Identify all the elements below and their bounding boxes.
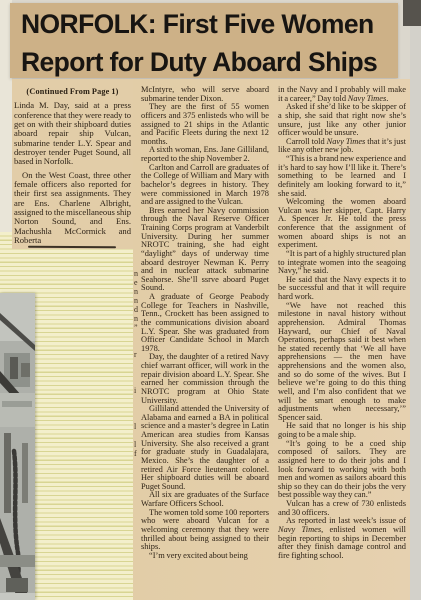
article-paragraph: “It’s going to be a coed ship composed o…	[278, 440, 406, 500]
continued-from-note: (Continued From Page 1)	[14, 87, 131, 96]
article-paragraph: “It is part of a highly structured plan …	[278, 250, 406, 276]
article-column-2: McIntyre, who will serve aboard submarin…	[141, 86, 269, 594]
article-paragraph: All six are graduates of the Surface War…	[141, 491, 269, 508]
article-paragraph: A graduate of George Peabody College for…	[141, 293, 269, 353]
scan-corner-shadow	[403, 0, 421, 26]
article-paragraph: “I’m very excited about being	[141, 552, 269, 561]
article-paragraph: A sixth woman, Ens. Jane Gilliland, repo…	[141, 146, 269, 163]
article-paragraph: McIntyre, who will serve aboard submarin…	[141, 86, 269, 103]
headline-line-1: NORFOLK: First Five Women	[10, 3, 398, 41]
article-paragraph: He said that no longer is his ship going…	[278, 422, 406, 439]
column-1-paragraphs: Linda M. Day, said at a press conference…	[14, 101, 131, 245]
article-paragraph: “We have not reached this milestone in n…	[278, 302, 406, 423]
article-paragraph: Welcoming the women aboard Vulcan was he…	[278, 198, 406, 250]
headline-block: NORFOLK: First Five Women Report for Dut…	[10, 3, 398, 78]
article-columns-2-3-block: n e n n d n ” r i l l f McIntyre, who wi…	[133, 79, 410, 600]
article-paragraph: Gilliland attended the University of Ala…	[141, 405, 269, 491]
article-column-1-block: (Continued From Page 1) Linda M. Day, sa…	[12, 79, 133, 249]
article-paragraph: They are the first of 55 women officers …	[141, 103, 269, 146]
article-paragraph: Carroll told Navy Times that it’s just l…	[278, 138, 406, 155]
headline-line-2: Report for Duty Aboard Ships	[10, 41, 398, 79]
torn-edge-letter-fragments: n e n n d n ” r i l l f	[134, 269, 141, 458]
article-column-1: (Continued From Page 1) Linda M. Day, sa…	[14, 87, 131, 245]
article-paragraph: On the West Coast, three other female of…	[14, 171, 131, 245]
article-paragraph: Day, the daughter of a retired Navy chie…	[141, 353, 269, 405]
article-paragraph: Linda M. Day, said at a press conference…	[14, 101, 131, 166]
article-paragraph: Vulcan has a crew of 730 enlisteds and 3…	[278, 500, 406, 517]
article-paragraph: He said that the Navy expects it to be s…	[278, 276, 406, 302]
ship-deck-photo-image	[0, 293, 35, 600]
article-paragraph: Asked if she’d like to be skipper of a s…	[278, 103, 406, 138]
article-paragraph: As reported in last week’s issue of Navy…	[278, 517, 406, 560]
article-paragraph: Carlton and Carroll are graduates of the…	[141, 164, 269, 207]
article-paragraph: “This is a brand new experience and it’s…	[278, 155, 406, 198]
scan-right-edge	[410, 26, 421, 600]
article-paragraph: in the Navy and I probably will make it …	[278, 86, 406, 103]
newspaper-clipping-scan: NORFOLK: First Five Women Report for Dut…	[0, 0, 421, 600]
ship-deck-photo	[0, 293, 35, 600]
article-paragraph: Bres earned her Navy commission through …	[141, 207, 269, 293]
article-column-3: in the Navy and I probably will make it …	[278, 86, 406, 594]
article-paragraph: The women told some 100 reporters who we…	[141, 509, 269, 552]
